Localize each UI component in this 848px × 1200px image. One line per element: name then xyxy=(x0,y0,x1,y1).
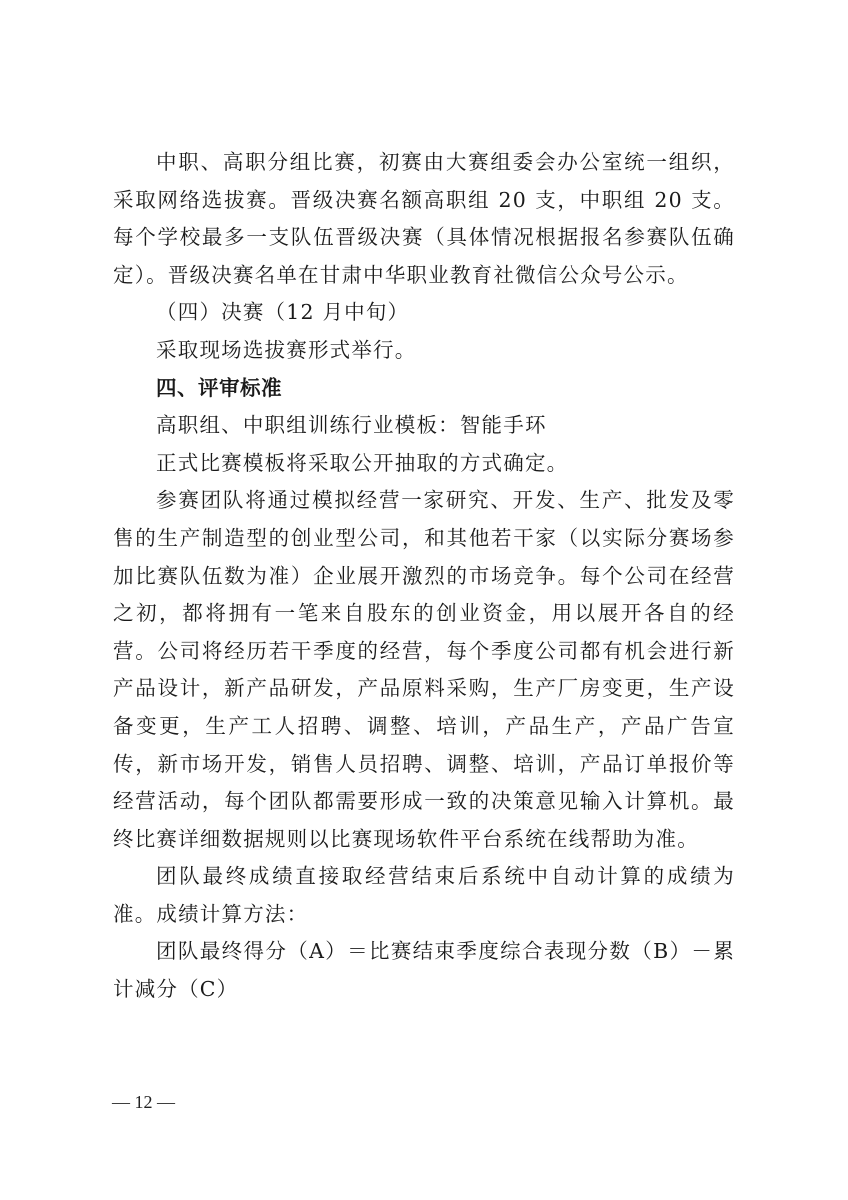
paragraph-preliminary-round: 中职、高职分组比赛，初赛由大赛组委会办公室统一组织，采取网络选拔赛。晋级决赛名额… xyxy=(113,144,735,294)
paragraph-official-template: 正式比赛模板将采取公开抽取的方式确定。 xyxy=(113,445,735,483)
section-heading-judging-criteria: 四、评审标准 xyxy=(113,370,735,408)
document-body: 中职、高职分组比赛，初赛由大赛组委会办公室统一组织，采取网络选拔赛。晋级决赛名额… xyxy=(113,144,735,1009)
page-number: — 12 — xyxy=(112,1092,175,1113)
paragraph-competition-description: 参赛团队将通过模拟经营一家研究、开发、生产、批发及零售的生产制造型的创业型公司，… xyxy=(113,482,735,858)
paragraph-score-formula: 团队最终得分（A）＝比赛结束季度综合表现分数（B）－累计减分（C） xyxy=(113,933,735,1008)
subheading-final-round: （四）决赛（12 月中旬） xyxy=(113,294,735,332)
paragraph-training-template: 高职组、中职组训练行业模板：智能手环 xyxy=(113,407,735,445)
paragraph-final-format: 采取现场选拔赛形式举行。 xyxy=(113,332,735,370)
document-page: 中职、高职分组比赛，初赛由大赛组委会办公室统一组织，采取网络选拔赛。晋级决赛名额… xyxy=(0,0,848,1200)
paragraph-final-score: 团队最终成绩直接取经营结束后系统中自动计算的成绩为准。成绩计算方法： xyxy=(113,858,735,933)
